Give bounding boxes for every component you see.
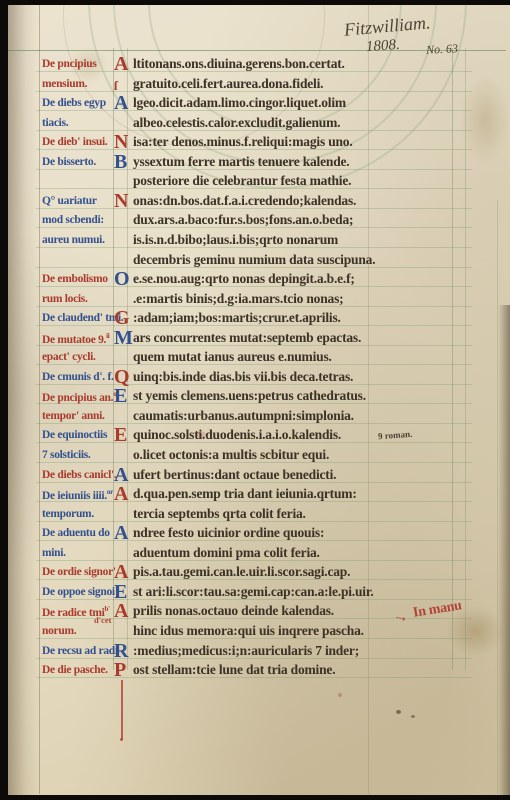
verse-text: caumatis:urbanus.autumpni:simplonia.: [133, 408, 354, 424]
text-line: Est ari:li.scor:tau.sa:gemi.cap:can.a:le…: [114, 584, 474, 600]
verse-text: st yemis clemens.uens:petrus cathedratus…: [133, 388, 366, 404]
margin-rubric: Q° uariatur: [42, 195, 116, 207]
text-line: caumatis:urbanus.autumpni:simplonia.: [114, 408, 493, 424]
illuminated-initial: A: [114, 469, 133, 482]
text-line: ſgratuito.celi.fert.aurea.dona.fideli.: [114, 76, 474, 92]
gutter-shadow: [8, 5, 38, 795]
verse-text: albeo.celestis.calor.excludit.galienum.: [133, 115, 340, 131]
illuminated-initial: A: [114, 605, 133, 618]
text-line: hinc idus memora:qui uis inqrere pascha.: [114, 623, 493, 639]
margin-rubric: tempor' anni.: [42, 410, 116, 422]
margin-rubric: De ordie signor': [42, 566, 116, 578]
verse-text: yssextum ferre martis tenuere kalende.: [133, 154, 349, 170]
rubric-superscript: b': [105, 605, 110, 613]
verse-text: posteriore die celebrantur festa mathie.: [133, 173, 351, 189]
text-line: Altitonans.ons.diuina.gerens.bon.certat.: [114, 56, 474, 72]
text-line: tercia septembs qrta colit feria.: [114, 506, 493, 522]
verse-text: :medius;medicus:i;n:auricularis 7 inder;: [133, 643, 359, 659]
verse-text: is.is.n.d.bibo;laus.i.bis;qrto nonarum: [133, 232, 338, 248]
text-line: Quinq:bis.inde dias.bis vii.bis deca.tet…: [114, 369, 474, 385]
text-line: Byssextum ferre martis tenuere kalende.: [114, 154, 474, 170]
margin-rubric: De dieb' insui.: [42, 136, 116, 148]
text-line: Mars concurrentes mutat:septemb epactas.: [114, 330, 474, 346]
verse-text: quem mutat ianus aureus e.numius.: [133, 349, 332, 365]
margin-rubric: De aduentu do: [42, 527, 116, 539]
initial-descender-flourish: [121, 680, 123, 740]
rubric-superscript: ii: [106, 332, 109, 340]
text-line: decembris geminu numium data suscipuna.: [114, 252, 493, 268]
illuminated-initial: E: [114, 390, 133, 403]
text-line: Est yemis clemens.uens:petrus cathedratu…: [114, 388, 474, 404]
margin-rubric: De claudend' tmi.: [42, 312, 116, 324]
margin-rubric: norum.: [42, 625, 116, 637]
margin-rubric: mensium.: [42, 78, 116, 90]
margin-rubric: De die pasche.: [42, 664, 116, 676]
illuminated-initial: A: [114, 97, 133, 110]
margin-rubric: De mutatoe 9.ii: [42, 332, 116, 346]
illuminated-initial: P: [114, 664, 133, 677]
text-line: albeo.celestis.calor.excludit.galienum.: [114, 115, 493, 131]
verse-text: gratuito.celi.fert.aurea.dona.fideli.: [133, 76, 323, 92]
verse-text: aduentum domini pma colit feria.: [133, 545, 320, 561]
verse-text: lgeo.dicit.adam.limo.cingor.liquet.olim: [133, 95, 346, 111]
dcet-gloss: d'cet: [94, 615, 111, 625]
text-line: quem mutat ianus aureus e.numius.: [114, 349, 493, 365]
text-line: is.is.n.d.bibo;laus.i.bis;qrto nonarum: [114, 232, 493, 248]
margin-rubric: De embolismo: [42, 273, 116, 285]
verse-text: st ari:li.scor:tau.sa:gemi.cap:can.a:le.…: [133, 584, 374, 600]
verse-text: e.se.nou.aug:qrto nonas depingit.a.b.e.f…: [133, 271, 355, 287]
text-line: .e:martis binis;d.g:ia.mars.tcio nonas;: [114, 291, 493, 307]
margin-rubric: De oppoe signoi': [42, 586, 116, 598]
text-line: Equinoc.solsti.duodenis.i.a.i.o.kalendis…: [114, 427, 474, 443]
verse-text: ost stellam:tcie lune dat tria domine.: [133, 662, 335, 678]
illuminated-initial: B: [114, 156, 133, 169]
margin-rubric: tiacis.: [42, 117, 116, 129]
illuminated-initial: E: [114, 586, 133, 599]
text-line: Ad.qua.pen.semp tria dant ieiunia.qrtum:: [114, 486, 474, 502]
verse-text: ars concurrentes mutat:septemb epactas.: [133, 330, 361, 346]
verse-text: tercia septembs qrta colit feria.: [133, 506, 306, 522]
margin-rubric: 7 solsticiis.: [42, 449, 116, 461]
illuminated-initial: ſ: [114, 79, 133, 92]
ink-speck: [396, 710, 401, 714]
verse-text: .e:martis binis;d.g:ia.mars.tcio nonas;: [133, 291, 343, 307]
illuminated-initial: N: [114, 136, 133, 149]
illuminated-initial: E: [114, 429, 133, 442]
margin-rubric: De pncipius: [42, 58, 116, 70]
illuminated-initial: A: [114, 488, 133, 501]
margin-rubric: mini.: [42, 547, 116, 559]
verse-text: ltitonans.ons.diuina.gerens.bon.certat.: [133, 56, 345, 72]
text-line: R:medius;medicus:i;n:auricularis 7 inder…: [114, 643, 474, 659]
illuminated-initial: Q: [114, 371, 133, 384]
descender-tip: [120, 738, 123, 741]
verse-text: onas:dn.bos.dat.f.a.i.credendo;kalendas.: [133, 193, 356, 209]
text-line: Nisa:ter denos.minus.f.reliqui:magis uno…: [114, 134, 474, 150]
margin-rule: [39, 5, 40, 794]
text-line: Apis.a.tau.gemi.can.le.uir.li.scor.sagi.…: [114, 564, 474, 580]
margin-rubric: De equinoctiis: [42, 429, 116, 441]
illuminated-initial: N: [114, 195, 133, 208]
ink-speck: [338, 693, 342, 697]
ink-speck: [411, 715, 415, 718]
illuminated-initial: A: [114, 527, 133, 540]
illuminated-initial: M: [114, 332, 133, 345]
margin-rubric: De cmunis d'. f.: [42, 371, 116, 383]
verse-text: :adam;iam;bos:martis;crur.et.aprilis.: [133, 310, 341, 326]
verse-text: ufert bertinus:dant octaue benedicti.: [133, 467, 336, 483]
margin-rubric: epact' cycli.: [42, 351, 116, 363]
illuminated-initial: A: [114, 58, 133, 71]
manuscript-photo: Fitzwilliam. 1808. No. 63 De pncipiusmen…: [0, 0, 510, 800]
verse-text: d.qua.pen.semp tria dant ieiunia.qrtum:: [133, 486, 357, 502]
page-edge-shade: [498, 305, 510, 795]
illuminated-initial: R: [114, 645, 133, 658]
text-line: Post stellam:tcie lune dat tria domine.: [114, 662, 474, 678]
ownership-inscription-year: 1808.: [365, 37, 400, 56]
margin-rubric: mod scbendi:: [42, 214, 116, 226]
text-line: aduentum domini pma colit feria.: [114, 545, 493, 561]
verse-text: uinq:bis.inde dias.bis vii.bis deca.tetr…: [133, 369, 353, 385]
verse-text: prilis nonas.octauo deinde kalendas.: [133, 603, 334, 619]
text-line: dux.ars.a.baco:fur.s.bos;fons.an.o.beda;: [114, 212, 493, 228]
text-line: Andree festo uicinior ordine quouis:: [114, 525, 474, 541]
verse-text: quinoc.solsti.duodenis.i.a.i.o.kalendis.: [133, 427, 341, 443]
margin-rubric: temporum.: [42, 508, 116, 520]
verse-text: decembris geminu numium data suscipuna.: [133, 252, 375, 268]
margin-rubric: De pncipius an.oi: [42, 390, 116, 404]
margin-rubric: aureu numui.: [42, 234, 116, 246]
text-line: Nonas:dn.bos.dat.f.a.i.credendo;kalendas…: [114, 193, 474, 209]
text-line: Aufert bertinus:dant octaue benedicti.: [114, 467, 474, 483]
margin-rubric: De diebs egyp: [42, 97, 116, 109]
illuminated-initial: G: [114, 312, 133, 325]
text-line: Oe.se.nou.aug:qrto nonas depingit.a.b.e.…: [114, 271, 474, 287]
text-line: o.licet octonis:a multis scbitur equi.: [114, 447, 493, 463]
margin-rubric: De recsu ad radi: [42, 645, 116, 657]
verse-text: dux.ars.a.baco:fur.s.bos;fons.an.o.beda;: [133, 212, 353, 228]
illuminated-initial: A: [114, 566, 133, 579]
text-line: Algeo.dicit.adam.limo.cingor.liquet.olim: [114, 95, 474, 111]
margin-rubric: De ieiuniis iiii.or: [42, 488, 116, 502]
verse-text: hinc idus memora:qui uis inqrere pascha.: [133, 623, 364, 639]
margin-rubric: rum locis.: [42, 293, 116, 305]
margin-rubric: De bisserto.: [42, 156, 116, 168]
margin-rubric: De diebs canicl'.: [42, 469, 116, 481]
verse-text: isa:ter denos.minus.f.reliqui:magis uno.: [133, 134, 353, 150]
illuminated-initial: O: [114, 273, 133, 286]
verse-text: o.licet octonis:a multis scbitur equi.: [133, 447, 329, 463]
rubric-superscript: or: [107, 488, 113, 496]
verse-text: ndree festo uicinior ordine quouis:: [133, 525, 324, 541]
text-line: posteriore die celebrantur festa mathie.: [114, 173, 493, 189]
text-line: G:adam;iam;bos:martis;crur.et.aprilis.: [114, 310, 474, 326]
column-rule: [497, 200, 498, 794]
verse-text: pis.a.tau.gemi.can.le.uir.li.scor.sagi.c…: [133, 564, 350, 580]
